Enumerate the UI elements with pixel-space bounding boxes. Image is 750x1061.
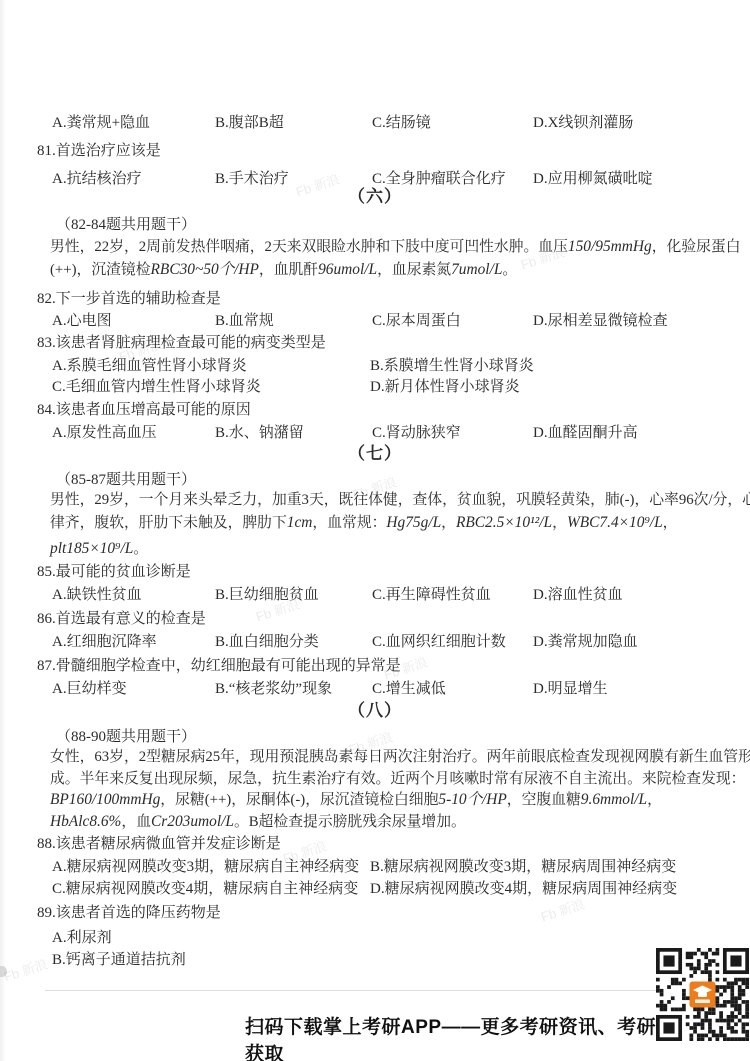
- option-c: C.毛细血管内增生性肾小球肾炎: [52, 377, 370, 397]
- option-a: A.巨幼样变: [52, 679, 215, 699]
- question-82-options-row: A.心电图 B.血常规 C.尿本周蛋白 D.尿相差显微镜检查: [37, 311, 742, 331]
- option-a: A.心电图: [52, 311, 215, 331]
- option-d: D.溶血性贫血: [533, 585, 742, 605]
- section-7-stem-line: 男性，29岁，一个月来头晕乏力，加重3天，既往体健，查体，贫血貌，巩膜轻黄染，肺…: [50, 490, 740, 510]
- exam-paper-page: A.粪常规+隐血 B.腹部B超 C.结肠镜 D.X线钡剂灌肠 81.首选治疗应该…: [0, 0, 750, 1061]
- question-84-label: 84.该患者血压增高最可能的原因: [37, 400, 742, 420]
- option-a: A.系膜毛细血管性肾小球肾炎: [52, 356, 370, 376]
- question-86-options-row: A.红细胞沉降率 B.血白细胞分类 C.血网织红细胞计数 D.粪常规加隐血: [37, 632, 742, 652]
- option-d: D.粪常规加隐血: [533, 632, 742, 652]
- scan-artifact: [0, 966, 7, 977]
- option-c: C.全身肿瘤联合化疗: [372, 169, 533, 189]
- section-7-stem-line: plt185×10⁹/L。: [50, 539, 740, 559]
- option-c: C.再生障碍性贫血: [372, 585, 533, 605]
- option-b: B.腹部B超: [215, 113, 372, 133]
- question-82-label: 82.下一步首选的辅助检查是: [37, 289, 742, 309]
- option-a: A.糖尿病视网膜改变3期，糖尿病自主神经病变: [52, 857, 370, 877]
- option-a: A.粪常规+隐血: [52, 113, 215, 133]
- section-8-header: （八）: [0, 701, 750, 721]
- question-88-options-row-1: A.糖尿病视网膜改变3期，糖尿病自主神经病变 B.糖尿病视网膜改变3期，糖尿病周…: [37, 857, 742, 877]
- option-a: A.红细胞沉降率: [52, 632, 215, 652]
- question-88-options-row-2: C.糖尿病视网膜改变4期，糖尿病自主神经病变 D.糖尿病视网膜改变4期，糖尿病周…: [37, 879, 742, 899]
- section-8-stem-line: 成。半年来反复出现尿频，尿急，抗生素治疗有效。近两个月咳嗽时常有尿液不自主流出。…: [50, 769, 740, 789]
- option-c: C.肾动脉狭窄: [372, 423, 533, 443]
- option-b: B.手术治疗: [215, 169, 372, 189]
- option-c: C.糖尿病视网膜改变4期，糖尿病自主神经病变: [52, 879, 370, 899]
- section-8-stem-line: HbAlc8.6%，血Cr203umol/L。B超检查提示膀胱残余尿量增加。: [50, 812, 740, 832]
- question-89-label: 89.该患者首选的降压药物是: [37, 903, 742, 923]
- question-85-label: 85.最可能的贫血诊断是: [37, 562, 742, 582]
- section-8-stem-note: （88-90题共用题干）: [56, 727, 742, 747]
- question-86-label: 86.首选最有意义的检查是: [37, 609, 742, 629]
- option-d: D.明显增生: [533, 679, 742, 699]
- section-6-stem-note: （82-84题共用题干）: [56, 215, 742, 235]
- question-83-options-row-2: C.毛细血管内增生性肾小球肾炎 D.新月体性肾小球肾炎: [37, 377, 742, 397]
- section-6-stem-line: (++)，沉渣镜检RBC30~50个/HP，血肌酐96umol/L，血尿素氮7u…: [50, 260, 740, 280]
- option-d: D.血醛固酮升高: [533, 423, 742, 443]
- option-b: B.系膜增生性肾小球肾炎: [370, 356, 742, 376]
- option-b: B.巨幼细胞贫血: [215, 585, 372, 605]
- option-d: D.新月体性肾小球肾炎: [370, 377, 742, 397]
- option-b: B.水、钠潴留: [215, 423, 372, 443]
- option-c: C.尿本周蛋白: [372, 311, 533, 331]
- option-d: D.糖尿病视网膜改变4期，糖尿病周围神经病变: [370, 879, 742, 899]
- option-b: B.血白细胞分类: [215, 632, 372, 652]
- question-81-options-row: A.抗结核治疗 B.手术治疗 C.全身肿瘤联合化疗 D.应用柳氮磺吡啶: [37, 169, 742, 189]
- question-83-label: 83.该患者肾脏病理检查最可能的病变类型是: [37, 333, 742, 353]
- option-b: B.糖尿病视网膜改变3期，糖尿病周围神经病变: [370, 857, 742, 877]
- section-7-stem-line: 律齐，腹软，肝肋下未触及，脾肋下1cm，血常规：Hg75g/L，RBC2.5×1…: [50, 513, 740, 533]
- footer-divider: [45, 990, 746, 991]
- question-87-label: 87.骨髓细胞学检查中，幼红细胞最有可能出现的异常是: [37, 656, 742, 676]
- section-6-header: （六）: [0, 187, 750, 207]
- section-6-stem-line: 男性，22岁，2周前发热伴咽痛，2天来双眼睑水肿和下肢中度可凹性水肿。血压150…: [50, 237, 740, 257]
- qr-code: [656, 948, 749, 1041]
- section-8-stem-line: 女性，63岁，2型糖尿病25年，现用预混胰岛素每日两次注射治疗。两年前眼底检查发…: [50, 747, 740, 767]
- question-88-label: 88.该患者糖尿病微血管并发症诊断是: [37, 834, 742, 854]
- option-d: D.X线钡剂灌肠: [533, 113, 742, 133]
- option-d: D.尿相差显微镜检查: [533, 311, 742, 331]
- question-83-options-row-1: A.系膜毛细血管性肾小球肾炎 B.系膜增生性肾小球肾炎: [37, 356, 742, 376]
- question-80-options-row: A.粪常规+隐血 B.腹部B超 C.结肠镜 D.X线钡剂灌肠: [37, 113, 742, 133]
- question-84-options-row: A.原发性高血压 B.水、钠潴留 C.肾动脉狭窄 D.血醛固酮升高: [37, 423, 742, 443]
- option-b: B.“核老浆幼”现象: [215, 679, 372, 699]
- option-a: A.利尿剂: [37, 928, 742, 948]
- section-7-stem-note: （85-87题共用题干）: [56, 470, 742, 490]
- section-7-header: （七）: [0, 444, 750, 464]
- question-81-label: 81.首选治疗应该是: [37, 141, 742, 161]
- option-b: B.钙离子通道拮抗剂: [37, 950, 742, 970]
- option-b: B.血常规: [215, 311, 372, 331]
- question-87-options-row: A.巨幼样变 B.“核老浆幼”现象 C.增生减低 D.明显增生: [37, 679, 742, 699]
- option-a: A.原发性高血压: [52, 423, 215, 443]
- option-c: C.增生减低: [372, 679, 533, 699]
- option-c: C.结肠镜: [372, 113, 533, 133]
- option-a: A.缺铁性贫血: [52, 585, 215, 605]
- option-a: A.抗结核治疗: [52, 169, 215, 189]
- option-c: C.血网织红细胞计数: [372, 632, 533, 652]
- section-8-stem-line: BP160/100mmHg，尿糖(++)，尿酮体(-)，尿沉渣镜检白细胞5-10…: [50, 790, 740, 810]
- option-d: D.应用柳氮磺吡啶: [533, 169, 742, 189]
- question-85-options-row: A.缺铁性贫血 B.巨幼细胞贫血 C.再生障碍性贫血 D.溶血性贫血: [37, 585, 742, 605]
